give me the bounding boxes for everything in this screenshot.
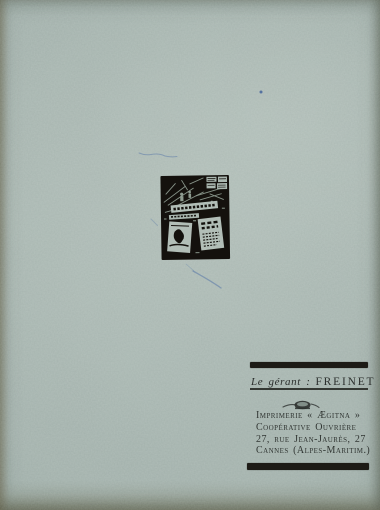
blue-ink-dot <box>260 91 263 94</box>
manager-line: Le gérant :FREINET <box>251 372 367 387</box>
blue-ink-scribble <box>139 153 177 157</box>
imprint-line: Imprimerie « Ægitna » <box>256 410 376 422</box>
manager-label: Le gérant : <box>251 376 310 388</box>
imprint-lines: Imprimerie « Ægitna » Coopérative Ouvriè… <box>256 410 376 457</box>
colophon-thin-rule <box>250 388 368 390</box>
scanned-back-cover-page: Le gérant :FREINET Imprimerie « Ægitna »… <box>0 0 380 510</box>
imprint-line: Cannes (Alpes-Maritim.) <box>256 445 376 457</box>
colophon-bottom-rule <box>247 463 369 470</box>
blue-ink-stroke <box>193 271 221 288</box>
imprint-line: Coopérative Ouvrière <box>256 422 376 434</box>
colophon-top-rule <box>250 362 368 368</box>
imprint-line: 27, rue Jean-Jaurès, 27 <box>256 434 376 446</box>
woodcut-printshop-stamp-icon <box>160 174 231 261</box>
blue-ink-hairline <box>186 264 194 271</box>
manager-name: FREINET <box>315 376 375 388</box>
blue-ink-tick <box>151 219 158 226</box>
